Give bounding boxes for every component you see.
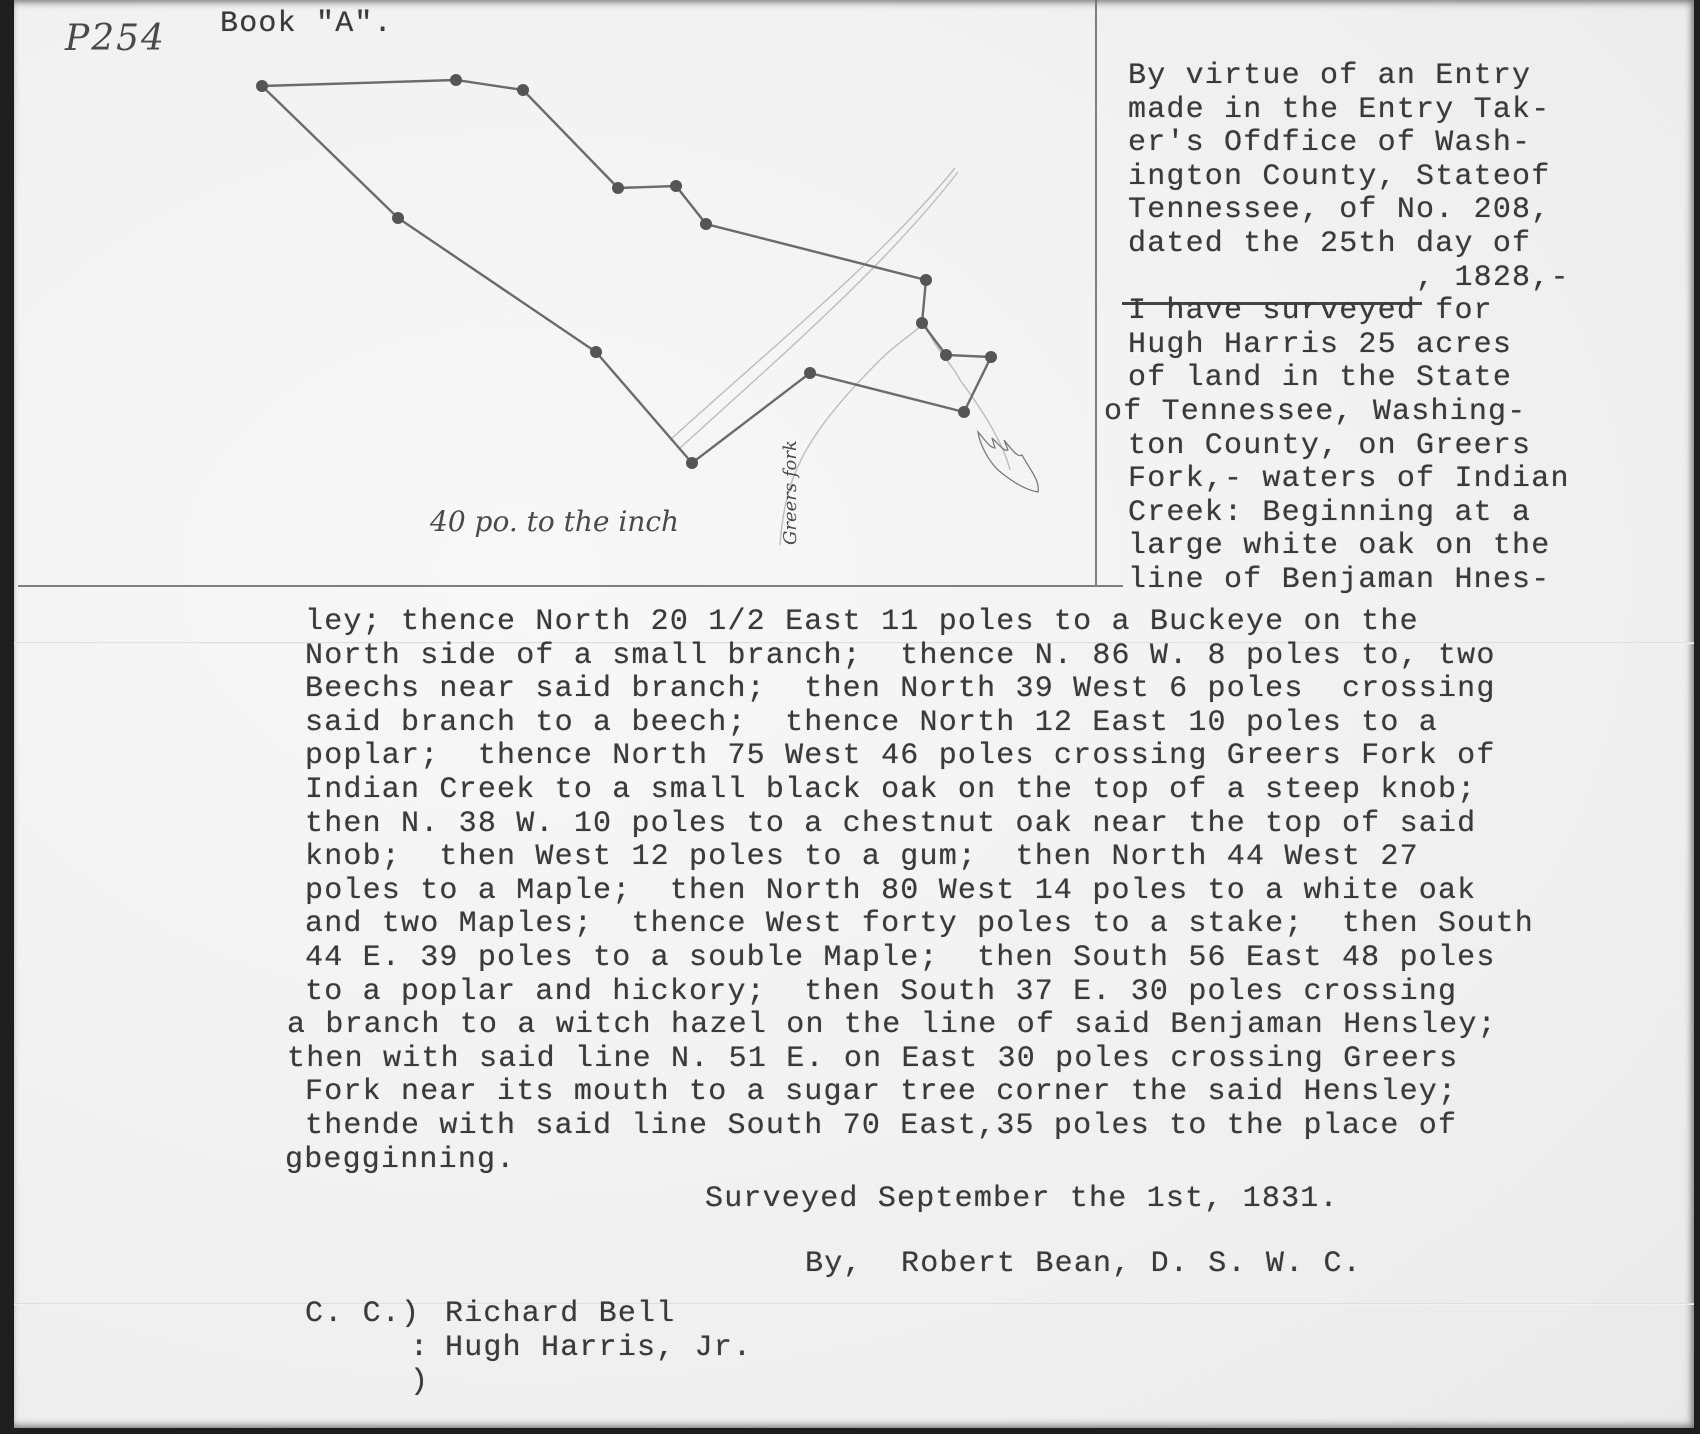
corner-marker <box>450 74 462 86</box>
plat-right-border <box>1095 0 1097 585</box>
text-line: er's Ofdfice of Wash- <box>1128 127 1531 161</box>
text-line: Fork,- waters of Indian <box>1128 463 1570 497</box>
chain-carriers-label: C. C.) <box>305 1298 420 1332</box>
plat-bottom-border <box>18 585 1123 587</box>
corner-marker <box>590 346 602 358</box>
corner-marker <box>920 274 932 286</box>
text-line: 44 E. 39 poles to a souble Maple; then S… <box>305 942 1496 976</box>
text-line: to a poplar and hickory; then South 37 E… <box>305 976 1457 1010</box>
text-line: knob; then West 12 poles to a gum; then … <box>305 841 1419 875</box>
chain-carrier-separator: : <box>410 1332 429 1366</box>
text-line: thende with said line South 70 East,35 p… <box>305 1110 1457 1144</box>
text-line: I have surveyed for <box>1128 295 1493 329</box>
surveyor-signature: By, Robert Bean, D. S. W. C. <box>805 1248 1362 1282</box>
text-line: then N. 38 W. 10 poles to a chestnut oak… <box>305 808 1476 842</box>
corner-marker <box>392 212 404 224</box>
corner-marker <box>916 317 928 329</box>
text-line: ington County, Stateof <box>1128 161 1550 195</box>
corner-marker <box>256 80 268 92</box>
text-line: said branch to a beech; thence North 12 … <box>305 707 1438 741</box>
corner-marker <box>700 218 712 230</box>
text-line: dated the 25th day of <box>1128 228 1531 262</box>
corner-marker <box>517 84 529 96</box>
text-line: of land in the State <box>1128 362 1512 396</box>
corner-marker <box>686 457 698 469</box>
text-line: gbegginning. <box>285 1144 515 1178</box>
corner-marker <box>940 349 952 361</box>
text-line: ton County, on Greers <box>1128 430 1531 464</box>
paper-fold-crease <box>14 1303 1694 1305</box>
text-line: poplar; thence North 75 West 46 poles cr… <box>305 740 1496 774</box>
text-line: North side of a small branch; thence N. … <box>305 640 1496 674</box>
text-line: made in the Entry Tak- <box>1128 94 1550 128</box>
text-line: Beechs near said branch; then North 39 W… <box>305 673 1496 707</box>
text-line: ley; thence North 20 1/2 East 11 poles t… <box>305 606 1419 640</box>
chain-carrier-name: Hugh Harris, Jr. <box>445 1332 752 1366</box>
boundary-corner-markers <box>256 74 997 469</box>
survey-date: Surveyed September the 1st, 1831. <box>705 1183 1339 1217</box>
text-line: line of Benjaman Hnes- <box>1128 564 1550 598</box>
text-line: By virtue of an Entry <box>1128 60 1531 94</box>
text-line: Creek: Beginning at a <box>1128 497 1531 531</box>
text-line: Indian Creek to a small black oak on the… <box>305 774 1476 808</box>
corner-marker <box>985 351 997 363</box>
corner-marker <box>804 367 816 379</box>
text-line: and two Maples; thence West forty poles … <box>305 908 1534 942</box>
text-line: a branch to a witch hazel on the line of… <box>287 1009 1497 1043</box>
corner-marker <box>958 406 970 418</box>
text-line: large white oak on the <box>1128 530 1550 564</box>
chain-carrier-name: Richard Bell <box>445 1298 675 1332</box>
corner-marker <box>670 180 682 192</box>
text-line: Tennessee, of No. 208, <box>1128 194 1550 228</box>
text-line: poles to a Maple; then North 80 West 14 … <box>305 875 1476 909</box>
scale-note-handwritten: 40 po. to the inch <box>430 505 679 538</box>
text-line: Fork near its mouth to a sugar tree corn… <box>305 1076 1457 1110</box>
property-boundary-polyline <box>262 80 991 463</box>
stream-label-handwritten: Greers fork <box>780 440 801 545</box>
text-line: , 1828,- <box>1128 262 1570 296</box>
bracket-close: ) <box>410 1366 429 1400</box>
text-line: of Tennessee, Washing- <box>1104 396 1526 430</box>
text-line: Hugh Harris 25 acres <box>1128 329 1512 363</box>
corner-marker <box>612 182 624 194</box>
text-line: then with said line N. 51 E. on East 30 … <box>287 1043 1458 1077</box>
